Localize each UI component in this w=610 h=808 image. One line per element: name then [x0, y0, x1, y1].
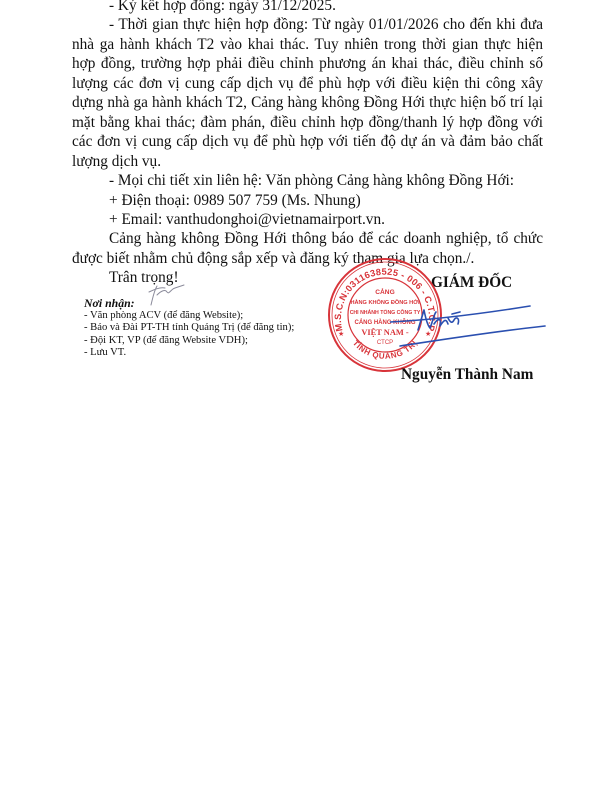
recipients-block: Nơi nhận: - Văn phòng ACV (để đăng Websi…: [84, 296, 294, 360]
signing-date-line: - Ký kết hợp đồng: ngày 31/12/2025.: [72, 0, 543, 15]
contract-duration-paragraph: - Thời gian thực hiện hợp đồng: Từ ngày …: [72, 15, 543, 171]
document-page: - Ký kết hợp đồng: ngày 31/12/2025. - Th…: [0, 0, 610, 808]
signature-icon: [390, 300, 550, 350]
svg-text:CẢNG: CẢNG: [375, 287, 394, 296]
recipient-item: - Văn phòng ACV (để đăng Website);: [84, 310, 294, 322]
recipient-item: - Đội KT, VP (để đăng Website VDH);: [84, 335, 294, 347]
signer-name: Nguyễn Thành Nam: [401, 366, 533, 384]
recipient-item: - Lưu VT.: [84, 347, 294, 359]
recipient-item: - Báo và Đài PT-TH tỉnh Quảng Trị (để đă…: [84, 322, 294, 334]
phone-line: + Điện thoại: 0989 507 759 (Ms. Nhung): [72, 191, 543, 210]
contact-intro-line: - Mọi chi tiết xin liên hệ: Văn phòng Cả…: [72, 171, 543, 190]
notice-paragraph: Cảng hàng không Đồng Hới thông báo để cá…: [72, 229, 543, 268]
email-line: + Email: vanthudonghoi@vietnamairport.vn…: [72, 210, 543, 229]
svg-text:★: ★: [338, 330, 344, 338]
recipients-title: Nơi nhận:: [84, 296, 294, 310]
document-body: - Ký kết hợp đồng: ngày 31/12/2025. - Th…: [72, 0, 543, 288]
